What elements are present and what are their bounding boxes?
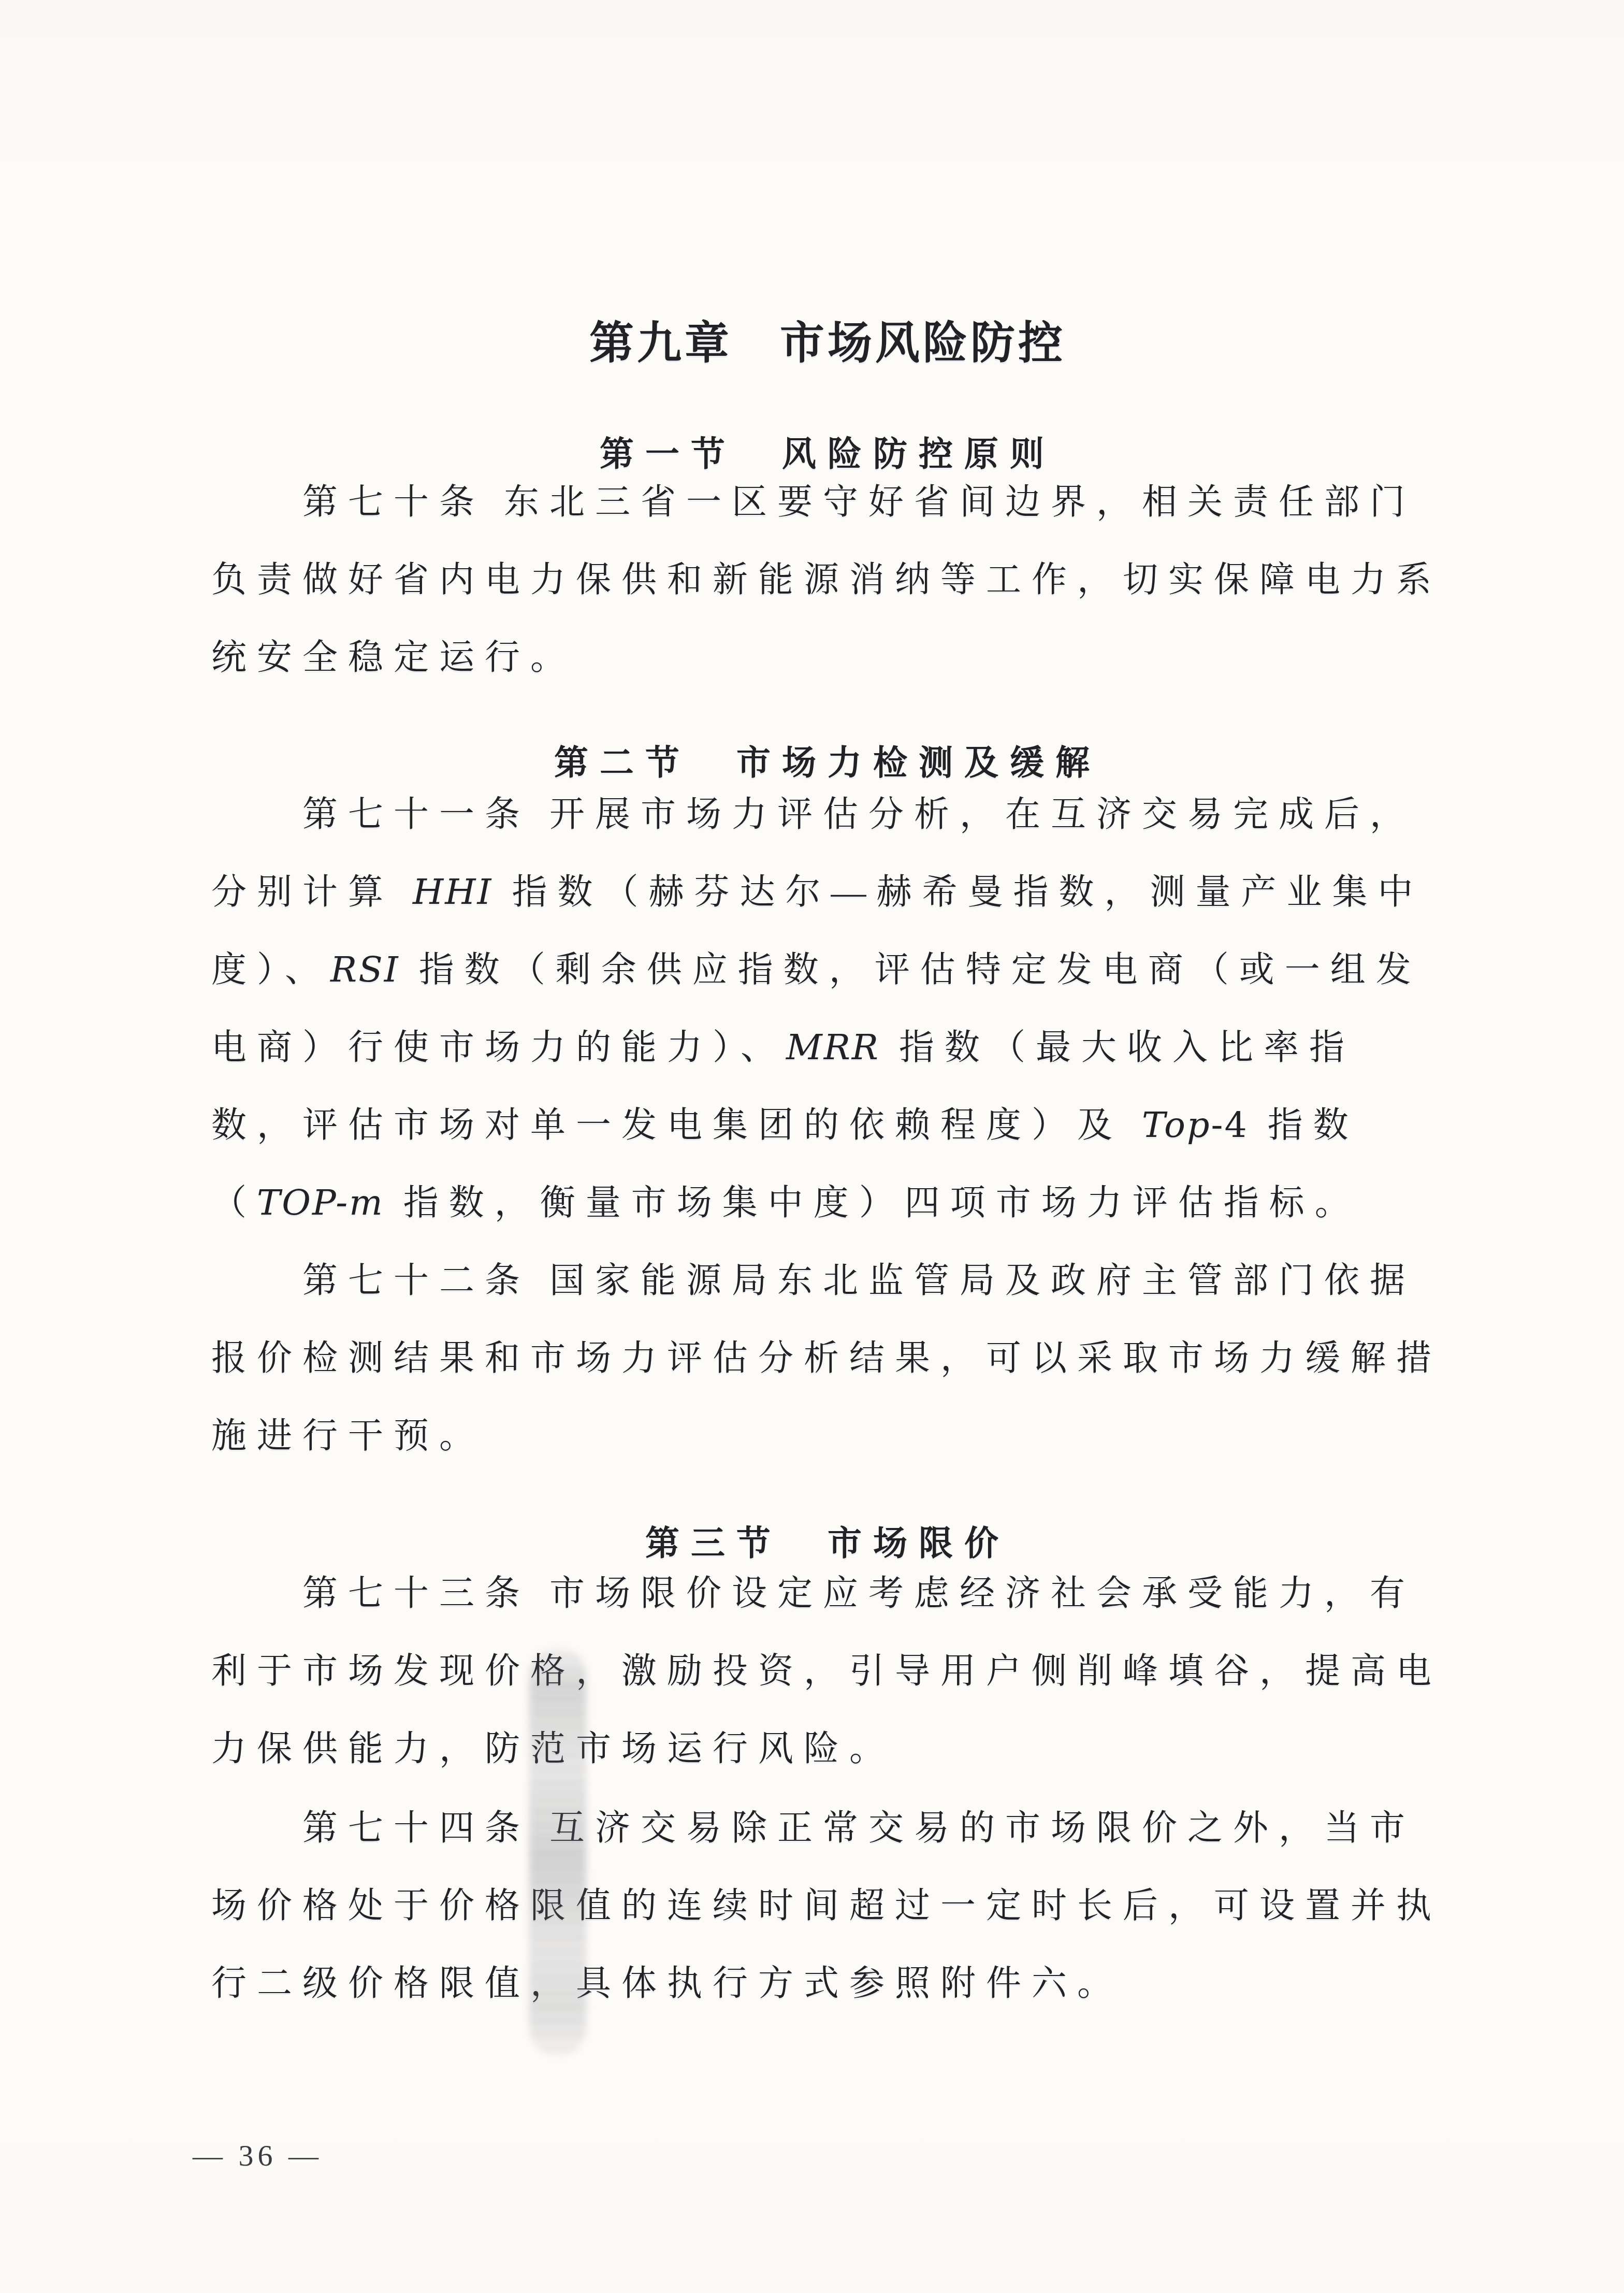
page-number: — 36 — xyxy=(193,2135,323,2176)
text-line: 第七十一条 开展市场力评估分析，在互济交易完成后， xyxy=(211,775,1444,853)
text-line: 第七十条 东北三省一区要守好省间边界，相关责任部门 xyxy=(211,463,1444,541)
text-segment: 度）、 xyxy=(211,950,330,989)
text-line: 负责做好省内电力保供和新能源消纳等工作，切实保障电力系 xyxy=(211,541,1444,618)
text-segment: 指数，衡量市场集中度）四项市场力评估指标。 xyxy=(384,1183,1360,1222)
text-segment: 电商）行使市场力的能力）、 xyxy=(211,1028,786,1067)
article-72: 第七十二条 国家能源局东北监管局及政府主管部门依据 报价检测结果和市场力评估分析… xyxy=(211,1242,1444,1475)
chapter-title: 第九章 市场风险防控 xyxy=(211,299,1444,387)
article-71: 第七十一条 开展市场力评估分析，在互济交易完成后， 分别计算 HHI 指数（赫芬… xyxy=(211,775,1444,1242)
text-segment: 第七十二条 国家能源局东北监管局及政府主管部门依据 xyxy=(302,1261,1415,1300)
index-abbreviation-top-m: TOP-m xyxy=(257,1182,384,1223)
text-line: 第七十四条 互济交易除正常交易的市场限价之外，当市 xyxy=(211,1789,1444,1867)
text-segment: 报价检测结果和市场力评估分析结果，可以采取市场力缓解措 xyxy=(211,1338,1442,1378)
text-segment: 指数（赫芬达尔—赫希曼指数，测量产业集中 xyxy=(492,872,1423,912)
text-line: 施进行干预。 xyxy=(211,1397,1444,1475)
text-line: 数，评估市场对单一发电集团的依赖程度）及 Top-4 指数 xyxy=(211,1086,1444,1164)
text-line: （TOP-m 指数，衡量市场集中度）四项市场力评估指标。 xyxy=(211,1164,1444,1242)
article-73: 第七十三条 市场限价设定应考虑经济社会承受能力，有 利于市场发现价格，激励投资，… xyxy=(211,1554,1444,1787)
scanned-document-page: 第九章 市场风险防控 第一节 风险防控原则 第七十条 东北三省一区要守好省间边界… xyxy=(0,0,1624,2293)
text-line: 统安全稳定运行。 xyxy=(211,618,1444,696)
text-line: 行二级价格限值，具体执行方式参照附件六。 xyxy=(211,1944,1444,2022)
text-line: 第七十二条 国家能源局东北监管局及政府主管部门依据 xyxy=(211,1242,1444,1319)
text-line: 度）、RSI 指数（剩余供应指数，评估特定发电商（或一组发 xyxy=(211,931,1444,1008)
text-segment: 指数 xyxy=(1249,1105,1359,1145)
text-line: 利于市场发现价格，激励投资，引导用户侧削峰填谷，提高电 xyxy=(211,1632,1444,1710)
index-abbreviation-top: Top xyxy=(1142,1105,1211,1146)
text-line: 第七十三条 市场限价设定应考虑经济社会承受能力，有 xyxy=(211,1554,1444,1632)
index-abbreviation-hhi: HHI xyxy=(413,872,492,913)
text-segment: 第七十四条 互济交易除正常交易的市场限价之外，当市 xyxy=(302,1808,1415,1848)
text-segment: 利于市场发现价格，激励投资，引导用户侧削峰填谷，提高电 xyxy=(211,1651,1442,1691)
text-line: 电商）行使市场力的能力）、MRR 指数（最大收入比率指 xyxy=(211,1008,1444,1086)
text-line: 场价格处于价格限值的连续时间超过一定时长后，可设置并执 xyxy=(211,1867,1444,1944)
text-segment: （ xyxy=(211,1183,257,1222)
text-segment: 场价格处于价格限值的连续时间超过一定时长后，可设置并执 xyxy=(211,1886,1442,1925)
index-abbreviation-rsi: RSI xyxy=(330,949,400,990)
text-segment: 分别计算 xyxy=(211,872,413,912)
text-segment: 负责做好省内电力保供和新能源消纳等工作，切实保障电力系 xyxy=(211,560,1442,599)
text-segment: 指数（最大收入比率指 xyxy=(880,1028,1355,1067)
article-74: 第七十四条 互济交易除正常交易的市场限价之外，当市 场价格处于价格限值的连续时间… xyxy=(211,1789,1444,2022)
text-segment: 第七十一条 开展市场力评估分析，在互济交易完成后， xyxy=(302,795,1415,834)
article-70: 第七十条 东北三省一区要守好省间边界，相关责任部门 负责做好省内电力保供和新能源… xyxy=(211,463,1444,696)
text-segment: 力保供能力，防范市场运行风险。 xyxy=(211,1729,895,1768)
text-segment: 施进行干预。 xyxy=(211,1416,485,1455)
text-segment: 数，评估市场对单一发电集团的依赖程度）及 xyxy=(211,1105,1142,1145)
text-segment: 统安全稳定运行。 xyxy=(211,638,576,677)
text-segment: 行二级价格限值，具体执行方式参照附件六。 xyxy=(211,1964,1123,2003)
text-line: 报价检测结果和市场力评估分析结果，可以采取市场力缓解措 xyxy=(211,1319,1444,1397)
text-segment: 第七十条 东北三省一区要守好省间边界，相关责任部门 xyxy=(302,482,1415,522)
index-abbreviation-mrr: MRR xyxy=(786,1027,880,1068)
text-segment: 第七十三条 市场限价设定应考虑经济社会承受能力，有 xyxy=(302,1574,1415,1613)
index-suffix-4: -4 xyxy=(1211,1105,1249,1146)
text-line: 分别计算 HHI 指数（赫芬达尔—赫希曼指数，测量产业集中 xyxy=(211,853,1444,931)
text-segment: 指数（剩余供应指数，评估特定发电商（或一组发 xyxy=(400,950,1422,989)
text-line: 力保供能力，防范市场运行风险。 xyxy=(211,1710,1444,1787)
